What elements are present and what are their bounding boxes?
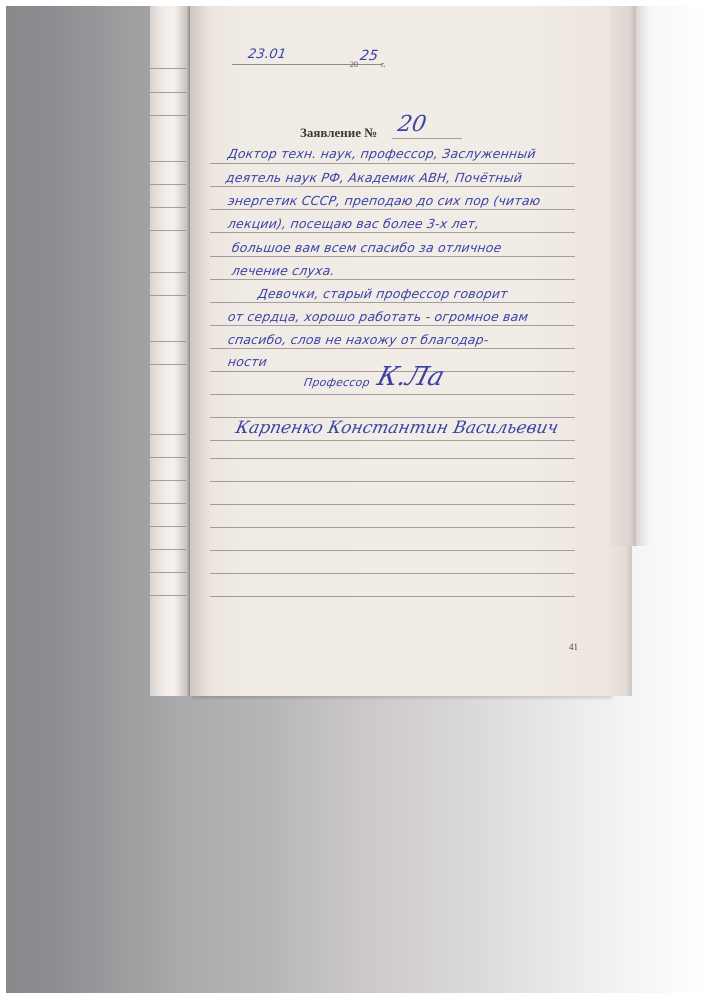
body-line: энергетик СССР, преподаю до сих пор (чит… bbox=[227, 193, 542, 208]
year-handwritten: 25 bbox=[359, 48, 379, 64]
ruled-line bbox=[210, 550, 575, 551]
ruled-line bbox=[210, 440, 575, 441]
notebook-page bbox=[190, 6, 610, 696]
page-edge bbox=[610, 6, 636, 546]
ruled-line bbox=[210, 504, 575, 505]
number-line bbox=[392, 138, 462, 139]
signatory-full-name: Карпенко Константин Васильевич bbox=[234, 418, 560, 438]
ruled-line bbox=[210, 458, 575, 459]
body-line: лечение слуха. bbox=[231, 263, 336, 278]
body-line: спасибо, слов не нахожу от благодар- bbox=[227, 332, 490, 347]
page-edge-lower bbox=[610, 546, 632, 696]
ruled-line bbox=[210, 573, 575, 574]
scan-border bbox=[0, 993, 707, 1000]
ruled-line bbox=[210, 394, 575, 395]
ruled-line bbox=[210, 481, 575, 482]
statement-title: Заявление № bbox=[300, 125, 377, 141]
ruled-line bbox=[210, 527, 575, 528]
ruled-line bbox=[210, 186, 575, 187]
ruled-line bbox=[210, 302, 575, 303]
body-line: Доктор техн. наук, профессор, Заслуженны… bbox=[227, 146, 537, 161]
ruled-line bbox=[210, 325, 575, 326]
ruled-line bbox=[210, 596, 575, 597]
ruled-line bbox=[210, 163, 575, 164]
page-shadow bbox=[636, 6, 650, 546]
scan-border bbox=[0, 0, 6, 1000]
ruled-line bbox=[210, 348, 575, 349]
year-suffix: г. bbox=[381, 60, 385, 69]
body-line: большое вам всем спасибо за отличное bbox=[231, 240, 503, 255]
signature-title: Профессор bbox=[303, 376, 371, 389]
page-number: 41 bbox=[569, 642, 578, 652]
ruled-line bbox=[210, 279, 575, 280]
body-line: деятель наук РФ, Академик АВН, Почётный bbox=[225, 170, 523, 185]
body-line: ности bbox=[227, 354, 268, 369]
ruled-line bbox=[210, 209, 575, 210]
body-line: лекции), посещаю вас более 3-х лет, bbox=[227, 216, 481, 231]
ruled-line bbox=[210, 256, 575, 257]
year-prefix: 20 bbox=[350, 60, 358, 69]
ruled-line bbox=[210, 232, 575, 233]
body-line: от сердца, хорошо работать - огромное ва… bbox=[227, 309, 529, 324]
date-handwritten: 23.01 bbox=[247, 47, 287, 62]
signature-mark: К.Ла bbox=[374, 362, 448, 392]
body-line: Девочки, старый профессор говорит bbox=[257, 286, 509, 301]
underlying-page-strip bbox=[150, 6, 190, 696]
statement-number: 20 bbox=[396, 112, 428, 137]
date-line bbox=[232, 64, 382, 65]
